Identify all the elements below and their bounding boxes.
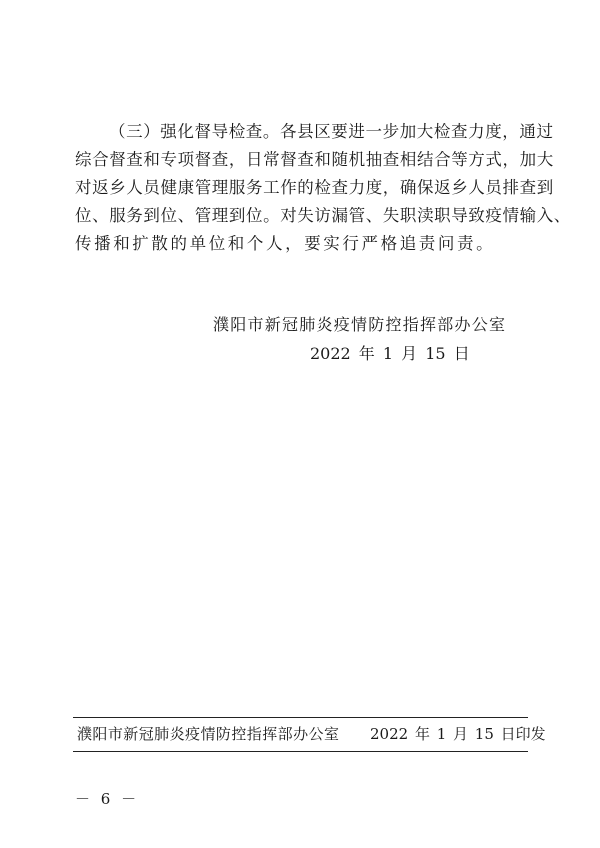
signature-organization: 濮阳市新冠肺炎疫情防控指挥部办公室 xyxy=(213,312,505,338)
footer-top-rule xyxy=(73,717,528,718)
footer-issue-date: 2022 年 1 月 15 日印发 xyxy=(370,722,546,746)
page-number: － 6 － xyxy=(75,789,139,809)
footer-issuer: 濮阳市新冠肺炎疫情防控指挥部办公室 xyxy=(77,722,339,746)
signature-date: 2022 年 1 月 15 日 xyxy=(310,341,470,367)
footer-bottom-rule xyxy=(73,751,528,752)
paragraph-line: （三）强化督导检查。各县区要进一步加大检查力度，通过 xyxy=(75,118,527,146)
paragraph-line: 对返乡人员健康管理服务工作的检查力度，确保返乡人员排查到 xyxy=(75,174,527,202)
paragraph-line: 综合督查和专项督查，日常督查和随机抽查相结合等方式，加大 xyxy=(75,146,527,174)
document-page: （三）强化督导检查。各县区要进一步加大检查力度，通过 综合督查和专项督查，日常督… xyxy=(0,0,600,848)
paragraph-line: 传播和扩散的单位和个人，要实行严格追责问责。 xyxy=(75,230,527,258)
paragraph-line: 位、服务到位、管理到位。对失访漏管、失职渎职导致疫情输入、 xyxy=(75,202,527,230)
body-paragraph: （三）强化督导检查。各县区要进一步加大检查力度，通过 综合督查和专项督查，日常督… xyxy=(75,118,527,258)
